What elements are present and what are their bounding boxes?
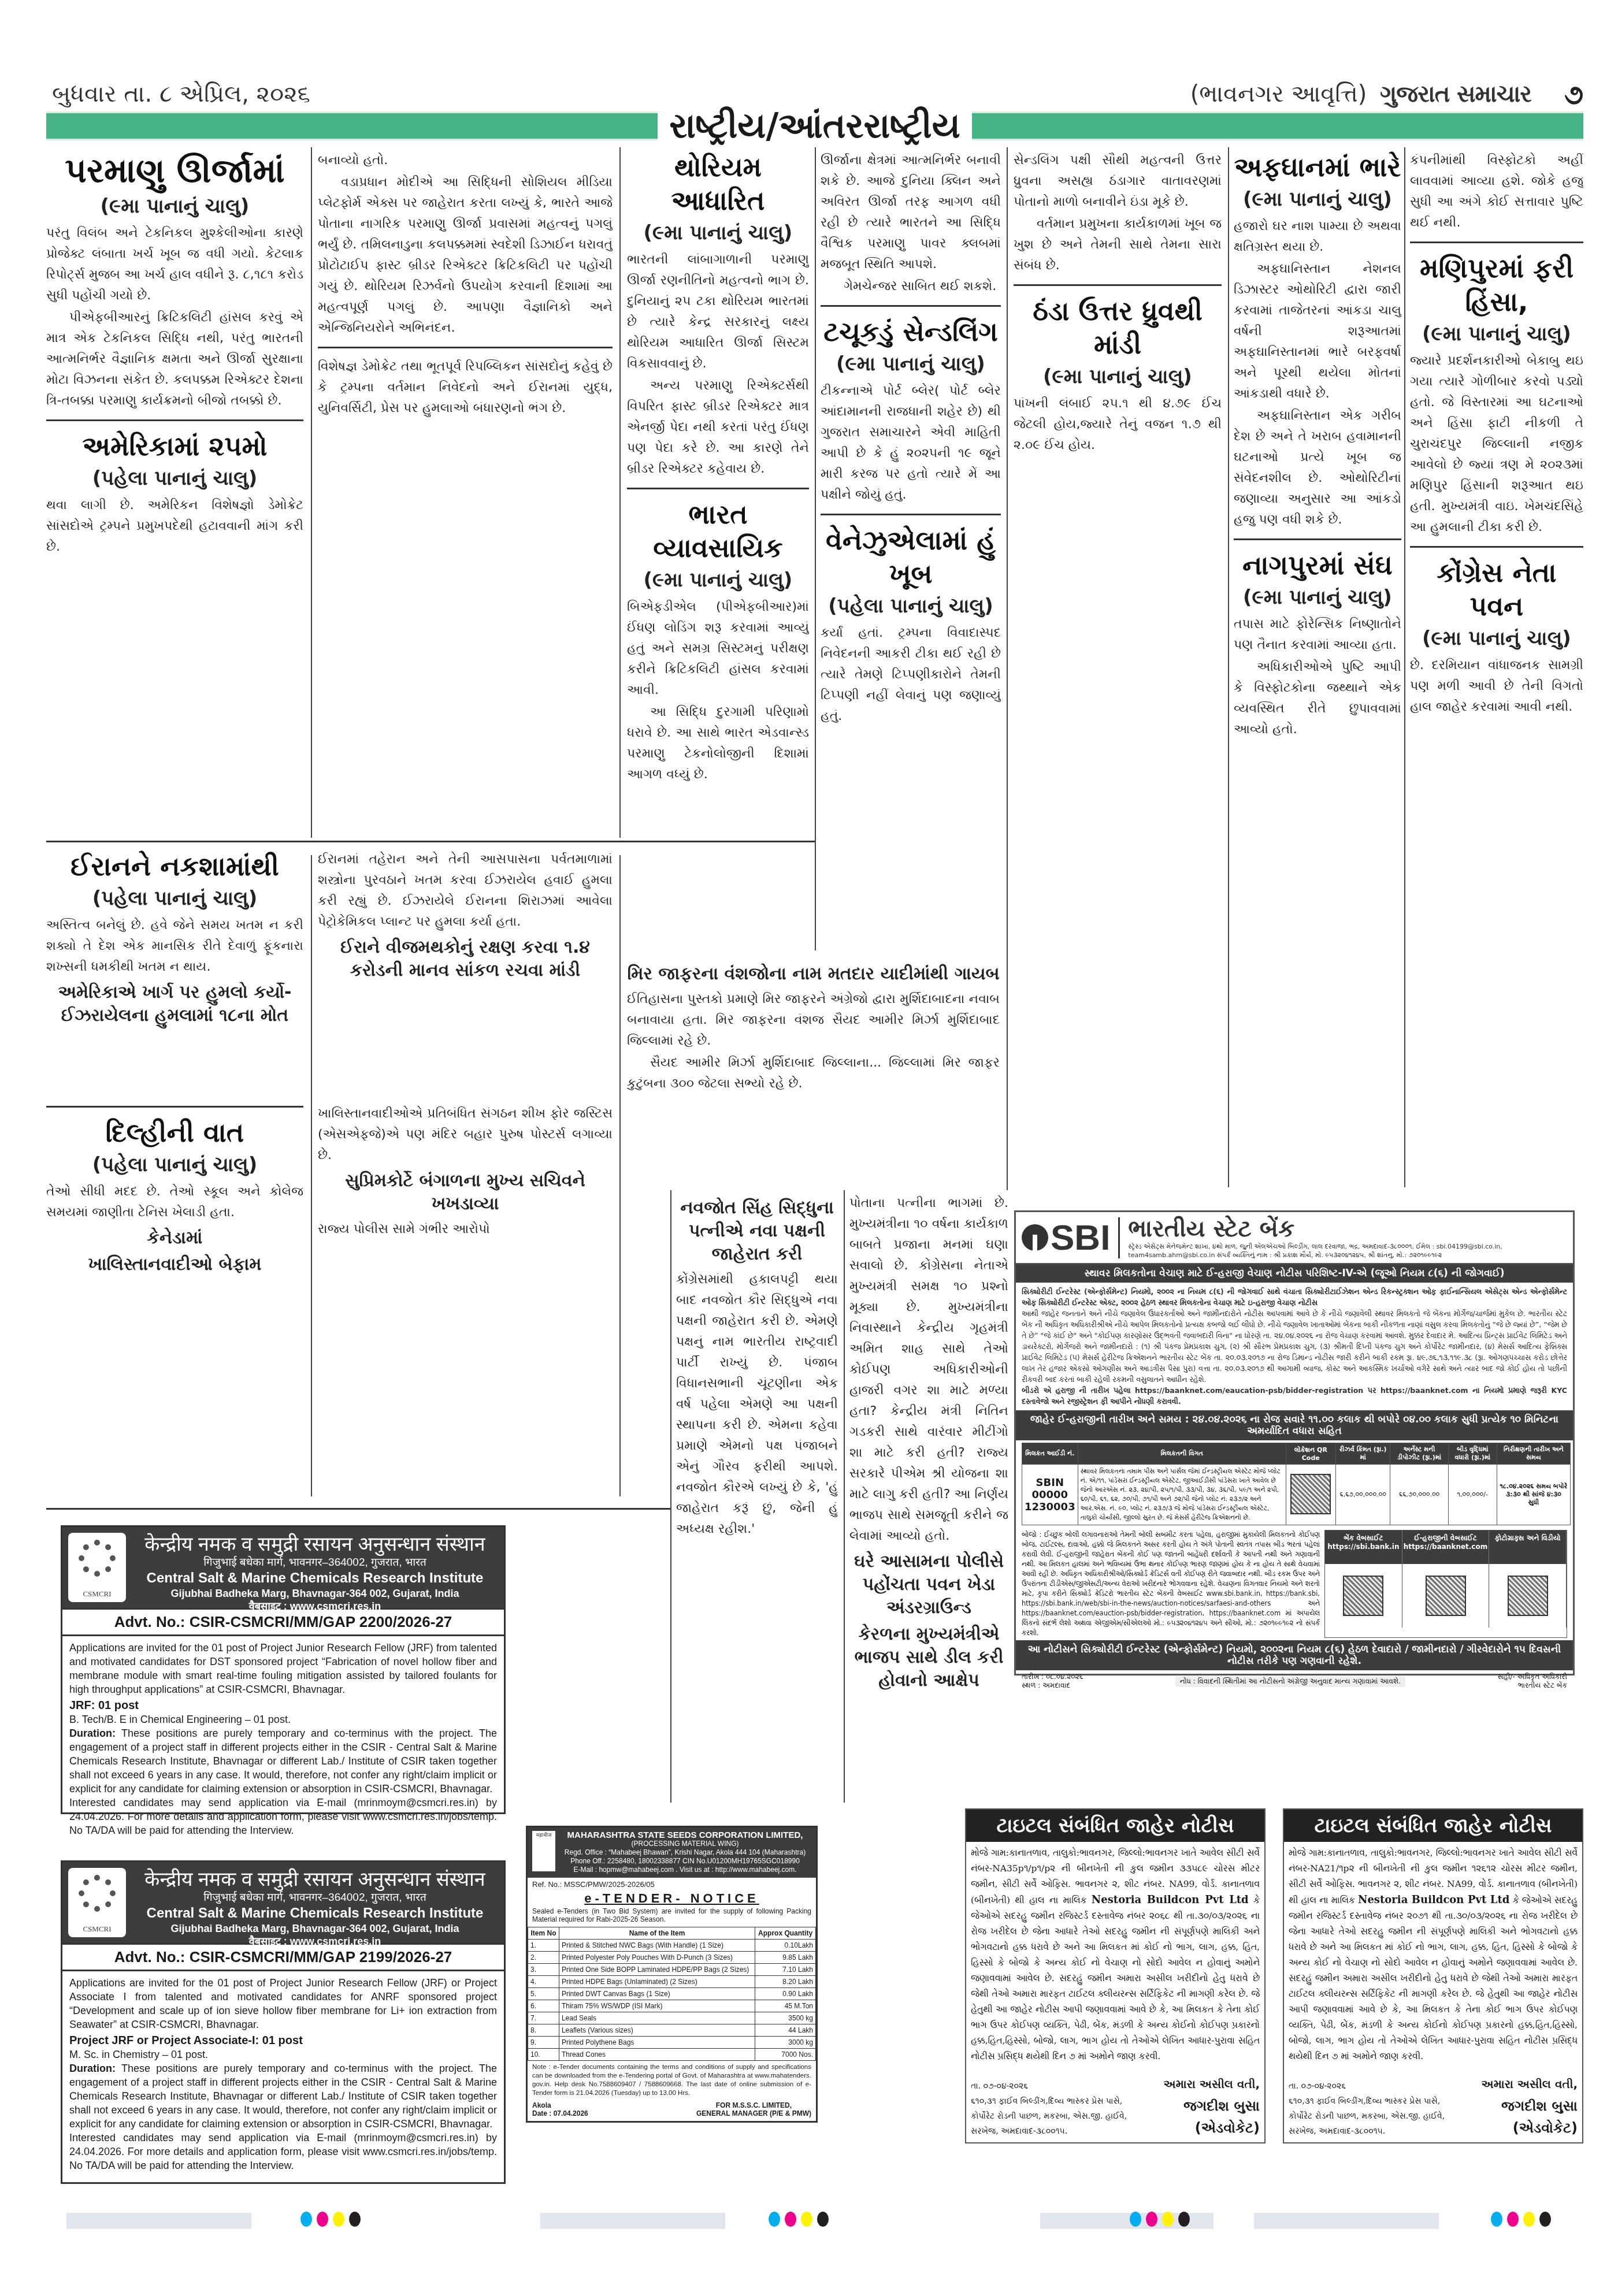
- article-tachukdu: ઊર્જાના ક્ષેત્રમાં આત્મનિર્ભર બનાવી શકે …: [821, 150, 1001, 948]
- yellow-dot-icon: [1523, 2212, 1535, 2227]
- tint-strip: [540, 2213, 725, 2229]
- table-row: 8.Leaflets (Various sizes)44 Lakh: [528, 2024, 816, 2037]
- intro: Applications are invited for the 01 post…: [69, 1976, 497, 2031]
- continued-label: (પહેલા પાનાનું ચાલુ): [46, 885, 303, 912]
- sbi-footer: તારીખ : ૦૮.૦૪.૨૦૨૬સ્થળ : અમદાવાદ નોંધ : …: [1016, 1670, 1573, 1692]
- org-name: MAHARASHTRA STATE SEEDS CORPORATION LIMI…: [559, 1831, 811, 1840]
- email: E-Mail : hopmw@mahabeej.com . Visit us a…: [559, 1866, 811, 1874]
- rule: [1410, 242, 1583, 243]
- article-kerala: પોતાના પત્નીના ભાગમાં છે. મુખ્યમંત્રીના …: [849, 1193, 1008, 1805]
- paragraph: પાંખની લંબાઈ ૨૫.૧ થી ૪.૭૯ ઈંચ જેટલી હોય,…: [1014, 393, 1222, 456]
- signature-block: Akola Date : 07.04.2026 FOR M.S.S.C. LIM…: [528, 2100, 816, 2121]
- rule: [46, 419, 303, 421]
- place-date: Akola Date : 07.04.2026: [532, 2101, 588, 2117]
- article-navjot: નવજોત સિંહ સિદ્ધુના પત્નીએ નવા પક્ષની જા…: [676, 1193, 838, 1805]
- title-notice-1: ટાઇટલ સંબંધિત જાહેર નોટીસ મોજે ગામ:કાનાત…: [965, 1808, 1266, 2143]
- advocate-name: જગદીશ બુસા: [1164, 2095, 1260, 2117]
- location-qr[interactable]: [1286, 1465, 1335, 1525]
- registration-marks: [1130, 2212, 1190, 2227]
- website: वैबसाइट : www.csmcri.res.in: [132, 1600, 498, 1613]
- notice-heading: ટાઇટલ સંબંધિત જાહેર નોટીસ: [1284, 1810, 1582, 1842]
- qualification: M. Sc. in Chemistry – 01 post.: [69, 2048, 497, 2061]
- col-header: રીઝર્વ કિંમત (રૂા.) માં: [1335, 1443, 1390, 1465]
- column-rule: [619, 855, 621, 1496]
- website: वैबसाइट : www.csmcri.res.in: [132, 1935, 498, 1948]
- notice-body: મોજે ગામ:કાનાતળાવ, તાલુકો:ભાવનગર, જિલ્લો…: [1284, 1842, 1582, 2068]
- section-title: રાષ્ટ્રીય/આંતરરાષ્ટ્રીય: [658, 106, 972, 146]
- section-bar-right: [972, 112, 1583, 140]
- sign-line-2: GENERAL MANAGER (P/E & PMW): [696, 2109, 811, 2117]
- continued-label: (૯મા પાનાનું ચાલુ): [1234, 186, 1401, 213]
- duration-label: Duration:: [69, 1727, 116, 1739]
- paragraph: હજારો ઘર નાશ પામ્યા છે અથવા ક્ષતિગ્રસ્ત …: [1234, 216, 1401, 258]
- notice-title-band: સ્થાવર મિલકતોના વેચાણ માટે ઈ-હરાજી વેચાણ…: [1016, 1264, 1573, 1283]
- sbi-logo: SBI: [1022, 1217, 1120, 1258]
- table-row: 7.Lead Seals3500 kg: [528, 2012, 816, 2024]
- table-row: 4.Printed HDPE Bags (Unlaminated) (2 Siz…: [528, 1976, 816, 1988]
- continued-label: (૯મા પાનાનું ચાલુ): [46, 193, 303, 220]
- qualification: B. Tech/B. E in Chemical Engineering – 0…: [69, 1712, 497, 1726]
- continued-label: (પહેલા પાનાનું ચાલુ): [46, 465, 303, 492]
- notice-footer: તા. ૦૭-૦૪-૨૦૨૬ ૬૧૦,૩૧ ફાઈવ બિલ્ડીંગ,દિવ્…: [1289, 2079, 1578, 2139]
- paragraph: ઈરાનમાં તહેરાન અને તેની આસપાસના પર્વતમાળ…: [318, 849, 613, 932]
- ad-header: CSMCRI केन्द्रीय नमक व समुद्री रसायन अनु…: [62, 1862, 504, 1943]
- table-row: 1.Printed & Stitched NWC Bags (With Hand…: [528, 1940, 816, 1952]
- table-row: 2.Printed Polyester Poly Pouches With D-…: [528, 1952, 816, 1964]
- paragraph: ભારતની લાંબાગાળાની પરમાણુ ઊર્જા રણનીતિનો…: [627, 250, 809, 374]
- auction-date-band: જાહેર ઈ-હરાજીની તારીખ અને સમય : ૨૪.૦૪.૨૦…: [1016, 1410, 1573, 1440]
- rule: [627, 488, 809, 489]
- paragraph: કંપનીમાંથી વિસ્ફોટકો અહીં લાવવામાં આવ્યા…: [1410, 150, 1583, 233]
- registration-marks: [769, 2212, 829, 2227]
- items-table: Item No Name of the Item Approx Quantity…: [528, 1927, 816, 2061]
- col-header: અર્નેસ્ટ મની ડીપોઝીટ (રૂા.)માં: [1390, 1443, 1448, 1465]
- col-header: નિરીક્ષણની તારીખ અને સમય: [1497, 1443, 1570, 1465]
- org-hindi: केन्द्रीय नमक व समुद्री रसायन अनुसन्धान …: [132, 1868, 498, 1891]
- notice-heading: ટાઇટલ સંબંધિત જાહેર નોટીસ: [966, 1810, 1264, 1842]
- sbi-keyhole-icon: [1022, 1224, 1048, 1251]
- bid-increment: ૧,૦૦,૦૦૦/-: [1448, 1465, 1497, 1525]
- qr-code-icon[interactable]: [1343, 1576, 1383, 1616]
- cyan-dot-icon: [1491, 2212, 1502, 2227]
- section-bar-left: [46, 112, 658, 140]
- signature-org: ભારતીય સ્ટેટ બેંક: [1498, 1681, 1567, 1690]
- headline: અફઘાનમાં ભારે: [1234, 150, 1401, 184]
- sign-line-1: FOR M.S.S.C. LIMITED,: [696, 2101, 811, 2109]
- table-row: SBIN 00000 1230003 સ્થાવર મિલકતના તમામ પ…: [1022, 1465, 1571, 1525]
- rule: [821, 305, 1001, 307]
- black-dot-icon: [349, 2212, 361, 2227]
- headline: ઠંડા ઉત્તર ધ્રુવથી માંડી: [1014, 294, 1222, 361]
- paper-name: ગુજરાત સમાચાર: [1380, 81, 1531, 107]
- post-count: Project JRF or Project Associate-I: 01 p…: [69, 2034, 497, 2048]
- bank-address: સ્ટ્રેસ્ડ એસેટ્સ મેનેજમેન્ટ શાખા, ૪થો મા…: [1128, 1242, 1567, 1260]
- col-header: Name of the Item: [559, 1927, 755, 1940]
- intro-bold: સિક્યોરીટી ઈન્ટરેસ્ટ (એન્ફોર્સમેન્ટ) નિય…: [1022, 1287, 1567, 1307]
- col-header: લોકેશન QR Code: [1286, 1443, 1335, 1465]
- subheadline: નવજોત સિંહ સિદ્ધુના પત્નીએ નવા પક્ષની જા…: [676, 1197, 838, 1266]
- advocate-address: ૬૧૦,૩૧ ફાઈવ બિલ્ડીંગ,દિવ્ય ભાસ્કર પ્રેસ …: [971, 2094, 1144, 2139]
- paragraph: બિએફડીએલ (પીએફબીઆર)માં ઈંધણ લોડિંગ શરૂ ક…: [627, 597, 809, 701]
- paragraph: ખાલિસ્તાનવાદીઓએ પ્રતિબંધિત સંગઠન શીખ ફોર…: [318, 1104, 613, 1166]
- headline: વેનેઝુએલામાં હું ખૂબ: [821, 523, 1001, 590]
- bank-name: ભારતીય સ્ટેટ બેંક: [1128, 1216, 1567, 1242]
- subheadline: કેરળના મુખ્યમંત્રીએ ભાજપ સાથે ડીલ કરી હો…: [849, 1623, 1008, 1692]
- paragraph: વિશેષજ્ઞ ડેમોક્રેટ તથા ભૂતપૂર્વ રિપબ્લિક…: [318, 356, 613, 419]
- wing: (PROCESSING MATERIAL WING): [559, 1840, 811, 1848]
- apply-text: Interested candidates may send applicati…: [69, 2131, 497, 2172]
- ref-number: Ref. No.: MSSC/PMW/2025-2026/05: [528, 1878, 816, 1891]
- column-rule: [311, 147, 312, 838]
- paragraph: છે. દરમિયાન વાંધાજનક સામગ્રી પણ મળી આવી …: [1410, 655, 1583, 718]
- property-desc: સ્થાવર મિલકતના તમામ પીસ અને પાર્સલ જેમાં…: [1078, 1465, 1286, 1525]
- column-rule: [1228, 147, 1229, 1187]
- paragraph: કોંગ્રેસમાંથી હકાલપટ્ટી થયા બાદ નવજોત કૌ…: [676, 1269, 838, 1540]
- rule: [821, 514, 1001, 515]
- col-header: Approx Quantity: [755, 1927, 816, 1940]
- paragraph: જ્યારે પ્રદર્શનકારીઓ બેકાબુ થઇ ગયા ત્યાર…: [1410, 351, 1583, 538]
- paragraph: અધિકારીઓએ પુષ્ટિ આપી કે વિસ્ફોટકોના જથ્થ…: [1234, 657, 1401, 740]
- ad-header: CSMCRI केन्द्रीय नमक व समुद्री रसायन अनु…: [62, 1527, 504, 1608]
- paragraph: થવા લાગી છે. અમેરિકન વિશેષજ્ઞો ડેમોક્રેટ…: [46, 495, 303, 558]
- table-row: 3.Printed One Side BOPP Laminated HDPE/P…: [528, 1964, 816, 1976]
- paragraph: ટીકન્નાએ પોર્ટ બ્લેર( પોર્ટ બ્લેર આંદામા…: [821, 381, 1001, 506]
- article-dilhi: દિલ્હીની વાત (પહેલા પાનાનું ચાલુ) તેઓ સી…: [46, 1098, 303, 1496]
- headline: અમેરિકામાં ૨૫મો: [46, 429, 303, 463]
- continued-label: (૯મા પાનાનું ચાલુ): [1410, 625, 1583, 652]
- gear-icon: [79, 1875, 116, 1912]
- col-header: Item No: [528, 1927, 559, 1940]
- apply-text: Interested candidates may send applicati…: [69, 1796, 497, 1837]
- headline: થોરિયમ આધારિત: [627, 150, 809, 217]
- cyan-dot-icon: [769, 2212, 780, 2227]
- link-bank-website[interactable]: બેંક વેબસાઈટhttps://sbi.bank.in: [1325, 1530, 1402, 1564]
- rule: [318, 347, 613, 348]
- phone: Phone Off.: 2258480, 18002338877 CIN No.…: [559, 1857, 811, 1866]
- continued-label: (૯મા પાનાનું ચાલુ): [627, 567, 809, 593]
- gear-icon: [79, 1540, 116, 1577]
- headline: ભારત વ્યાવસાયિક: [627, 497, 809, 564]
- duration-text: These positions are purely temporary and…: [69, 2063, 497, 2130]
- link-eauction-website[interactable]: ઈ-હરાજીની વેબસાઈટhttps://baanknet.com: [1402, 1530, 1489, 1564]
- addr-hindi: गिजुभाई बधेका मार्ग, भावनगर–364002, गुजर…: [132, 1891, 498, 1905]
- notice-footer: તા. ૦૭-૦૪-૨૦૨૬ ૬૧૦,૩૧ ફાઈવ બિલ્ડીંગ,દિવ્…: [971, 2079, 1260, 2139]
- continued-label: (પહેલા પાનાનું ચાલુ): [46, 1151, 303, 1178]
- duration-label: Duration:: [69, 2063, 116, 2074]
- bidder-text: બીડરો એ હરાજી ની તારીખ પહેલા https://baa…: [1022, 1386, 1567, 1406]
- paragraph: ગેમચેન્જર સાબિત થઈ શકશે.: [821, 276, 1001, 297]
- notice-place: સ્થળ : અમદાવાદ: [1022, 1681, 1083, 1690]
- table-row: 9.Printed Polythene Bags3000 kg: [528, 2037, 816, 2049]
- paragraph: અફઘાનિસ્તાન નેશનલ ડિઝાસ્ટર ઓથોરિટી દ્વાર…: [1234, 259, 1401, 404]
- tint-strip: [66, 2213, 251, 2229]
- links-grid: બેંક વેબસાઈટhttps://sbi.bank.in ઈ-હરાજીન…: [1324, 1530, 1567, 1638]
- owner-name: Nestoria Buildcon Pvt Ltd: [1092, 1894, 1249, 1906]
- qr-code-icon[interactable]: [1290, 1474, 1331, 1514]
- column-rule: [815, 147, 816, 950]
- yellow-dot-icon: [801, 2212, 812, 2227]
- yellow-dot-icon: [1162, 2212, 1174, 2227]
- column-rule: [311, 855, 312, 1496]
- tint-strip: [1254, 2213, 1439, 2229]
- col-header: મિલકત આઈડી નં.: [1022, 1443, 1078, 1465]
- paragraph: કર્યાં હતાં. ટ્રમ્પના વિવાદાસ્પદ નિવેદનન…: [821, 623, 1001, 727]
- post-count: JRF: 01 post: [69, 1699, 497, 1712]
- org-hindi: केन्द्रीय नमक व समुद्री रसायन अनुसन्धान …: [132, 1533, 498, 1556]
- cyan-dot-icon: [300, 2212, 312, 2227]
- sbi-lower: બોજો : ઈચ્છુક બોલી લગાવનારાઓ તેમની બોલી …: [1016, 1528, 1573, 1640]
- subheadline: મિર જાફરના વંશજોના નામ મતદાર યાદીમાંથી ગ…: [627, 963, 1000, 986]
- paragraph: સેન્ડલિંગ પક્ષી સૌથી મહત્વની ઉત્તર ધ્રુવ…: [1014, 150, 1222, 213]
- headline: કોંગ્રેસ નેતા પવન: [1410, 556, 1583, 623]
- headline: નાગપુરમાં સંઘ: [1234, 548, 1401, 582]
- headline: મણિપુરમાં ફરી હિંસા,: [1410, 251, 1583, 318]
- paragraph: સૈયદ આમીર મિર્ઝા મુર્શિદાબાદ જિલ્લાના...…: [627, 1053, 1000, 1094]
- continued-label: (૯મા પાનાનું ચાલુ): [821, 351, 1001, 377]
- tender-note: Note : e-Tender documents containing the…: [528, 2061, 816, 2100]
- continued-label: (૯મા પાનાનું ચાલુ): [1234, 584, 1401, 611]
- emd: ૬૬,૭૦,૦૦૦.૦૦: [1390, 1465, 1448, 1525]
- magenta-dot-icon: [1507, 2212, 1519, 2227]
- paragraph: અસ્તિત્વ બનેલું છે. હવે જેને સમય ખતમ ન ક…: [46, 915, 303, 978]
- paragraph: પરંતુ વિલંબ અને ટેકનિકલ મુશ્કેલીઓના કારણ…: [46, 223, 303, 306]
- section-bar: રાષ્ટ્રીય/આંતરરાષ્ટ્રીય: [46, 110, 1583, 142]
- ad-header: महाबीज MAHARASHTRA STATE SEEDS CORPORATI…: [528, 1827, 816, 1878]
- owner-name: Nestoria Buildcon Pvt Ltd: [1358, 1894, 1509, 1906]
- reserve-price: ૬,૬૭,૦૦,૦૦૦.૦૦: [1335, 1465, 1390, 1525]
- ad-mssc-tender: महाबीज MAHARASHTRA STATE SEEDS CORPORATI…: [526, 1826, 818, 2123]
- paragraph: પીએફબીઆરનું ક્રિટિકલિટી હાંસલ કરવું એ મા…: [46, 307, 303, 411]
- continued-label: (પહેલા પાનાનું ચાલુ): [821, 593, 1001, 619]
- paragraph: આ સિદ્ધિ દુરગામી પરિણામો ધરાવે છે. આ સાથ…: [627, 702, 809, 785]
- property-table: મિલકત આઈડી નં. મિલકતની વિગત લોકેશન QR Co…: [1022, 1443, 1571, 1525]
- subheadline: અમેરિકાએ ખાર્ગ પર હુમલો કર્યો- ઈઝરાયેલના…: [46, 981, 303, 1027]
- registration-marks: [300, 2212, 361, 2227]
- section-divider: [46, 1508, 670, 1510]
- paragraph: બનાવ્યો હતો.: [318, 150, 613, 171]
- paragraph: તેઓ સીધી મદદ છે. તેઓ સ્કૂલ અને કોલેજ સમય…: [46, 1182, 303, 1223]
- paragraph: વર્તમાન પ્રમુખના કાર્યકાળમાં ખૂબ જ ખુશ છ…: [1014, 214, 1222, 276]
- masthead: બુધવાર તા. ૮ એપ્રિલ, ૨૦૨૬ (ભાવનગર આવૃત્ત…: [46, 81, 1583, 144]
- paragraph: પોતાના પત્નીના ભાગમાં છે. મુખ્યમંત્રીના …: [849, 1193, 1008, 1547]
- signature: સહી/- અધિકૃત અધિકારી: [1498, 1673, 1567, 1681]
- registration-marks: [1491, 2212, 1551, 2227]
- advocate-name: જગદીશ બુસા: [1482, 2095, 1578, 2117]
- black-dot-icon: [1539, 2212, 1551, 2227]
- subheadline: સુપ્રિમકોર્ટે બંગાળના મુખ્ય સચિવને ખખડાવ…: [318, 1169, 613, 1216]
- footer-band: આ નોટીસને સિક્યોરીટી ઈન્ટરેસ્ટ (એન્ફોર્સ…: [1016, 1640, 1573, 1670]
- table-row: 10.Thread Cones7000 Nos.: [528, 2049, 816, 2061]
- article-iran: ઈરાનને નકશામાંથી (પહેલા પાનાનું ચાલુ) અસ…: [46, 849, 303, 1092]
- advocate-title: (એડવોકેટ): [1482, 2117, 1578, 2139]
- column-rule: [1007, 855, 1008, 1190]
- paragraph: અફઘાનિસ્તાન એક ગરીબ દેશ છે અને તે ખરાબ હ…: [1234, 406, 1401, 530]
- encumbrance-text: બોજો : ઈચ્છુક બોલી લગાવનારાઓ તેમની બોલી …: [1022, 1530, 1320, 1638]
- sender: અમારા અસીલ વતી,: [1164, 2073, 1260, 2095]
- ad-body: Applications are invited for the 01 post…: [62, 1971, 504, 2177]
- paragraph: રાજ્ય પોલીસ સામે ગંભીર આરોપો: [318, 1219, 613, 1240]
- addr-hindi: गिजुभाई बधेका मार्ग, भावनगर–364002, गुजर…: [132, 1556, 498, 1570]
- rule: [46, 1106, 303, 1108]
- column-rule: [1404, 147, 1405, 1187]
- edition-label: (ભાવનગર આવૃત્તિ) ગુજરાત સમાચાર: [1190, 81, 1531, 107]
- subheadline: કેનેડામાં: [46, 1227, 303, 1250]
- article-thorium: થોરિયમ આધારિત (૯મા પાનાનું ચાલુ) ભારતની …: [627, 150, 809, 948]
- article-supreme-court: ખાલિસ્તાનવાદીઓએ પ્રતિબંધિત સંગઠન શીખ ફોર…: [318, 1104, 613, 1496]
- intro: Sealed e-Tenders (in Two Bid System) are…: [528, 1906, 816, 1927]
- black-dot-icon: [1178, 2212, 1190, 2227]
- sender: અમારા અસીલ વતી,: [1482, 2073, 1578, 2095]
- translation-note: નોંધ : વિવાદની સ્થિતીમાં આ નોટીસનો અંગ્ર…: [1175, 1676, 1405, 1687]
- page-number: ૭: [1564, 79, 1583, 112]
- column-rule: [844, 1190, 845, 1803]
- ad-csir-1: CSMCRI केन्द्रीय नमक व समुद्री रसायन अनु…: [61, 1525, 506, 1814]
- advocate-title: (એડવોકેટ): [1164, 2117, 1260, 2139]
- property-id: SBIN 00000 1230003: [1022, 1465, 1078, 1525]
- magenta-dot-icon: [1146, 2212, 1157, 2227]
- inspection-date: ૧૮.૦૪.૨૦૨૬ સમય બપોરે ૩:૩૦ થી સાંજે ૪:૩૦ …: [1497, 1465, 1570, 1525]
- notice-date: તારીખ : ૦૮.૦૪.૨૦૨૬: [1022, 1673, 1083, 1681]
- article-manipur: કંપનીમાંથી વિસ્ફોટકો અહીં લાવવામાં આવ્યા…: [1410, 150, 1583, 1184]
- sbi-header: SBI ભારતીય સ્ટેટ બેંક સ્ટ્રેસ્ડ એસેટ્સ મ…: [1016, 1212, 1573, 1264]
- paragraph: તપાસ માટે ફોરેન્સિક નિષ્ણાતોને પણ તૈનાત …: [1234, 614, 1401, 656]
- column-rule: [619, 147, 621, 838]
- cyan-dot-icon: [1130, 2212, 1141, 2227]
- col-header: બીડ વૃદ્ધિમાં વધારો (રૂા.)માં: [1448, 1443, 1497, 1465]
- duration-text: These positions are purely temporary and…: [69, 1727, 497, 1795]
- tender-title: e-TENDER- NOTICE: [528, 1891, 816, 1906]
- csmcri-logo: CSMCRI: [68, 1868, 126, 1937]
- ad-sbi-auction: SBI ભારતીય સ્ટેટ બેંક સ્ટ્રેસ્ડ એસેટ્સ મ…: [1014, 1210, 1575, 1675]
- headline: પરમાણુ ઊર્જામાં: [46, 150, 303, 191]
- rule: [1014, 284, 1222, 286]
- table-row: 6.Thiram 75% WS/WDP (ISI Mark)45 M.Ton: [528, 2000, 816, 2012]
- article-thandi: સેન્ડલિંગ પક્ષી સૌથી મહત્વની ઉત્તર ધ્રુવ…: [1014, 150, 1222, 1184]
- article-parmanu: પરમાણુ ઊર્જામાં (૯મા પાનાનું ચાલુ) પરંતુ…: [46, 150, 303, 838]
- continued-label: (૯મા પાનાનું ચાલુ): [1410, 321, 1583, 347]
- rule: [1234, 538, 1401, 540]
- paragraph: ઈતિહાસના પુસ્તકો પ્રમાણે મિર જાફરને અંગ્…: [627, 989, 1000, 1052]
- yellow-dot-icon: [333, 2212, 344, 2227]
- issue-date: બુધવાર તા. ૮ એપ્રિલ, ૨૦૨૬: [52, 81, 310, 107]
- mahabeej-logo: महाबीज: [532, 1831, 555, 1871]
- intro: Applications are invited for the 01 post…: [69, 1641, 497, 1696]
- edition-name: (ભાવનગર આવૃત્તિ): [1190, 81, 1367, 107]
- subheadline: ઘરે આસામના પોલીસે પહોંચતા પવન ખેડા અંડરગ…: [849, 1550, 1008, 1619]
- qr-code-icon[interactable]: [1426, 1576, 1466, 1616]
- ad-csir-2: CSMCRI केन्द्रीय नमक व समुद्री रसायन अनु…: [61, 1860, 506, 2184]
- notice-body: મોજે ગામ:કાનાતળાવ, તાલુકો:ભાવનગર, જિલ્લો…: [966, 1842, 1264, 2068]
- black-dot-icon: [817, 2212, 829, 2227]
- ad-body: Applications are invited for the 01 post…: [62, 1636, 504, 1842]
- paragraph: વડાપ્રધાન મોદીએ આ સિદ્ધિની સોશિયલ મીડિયા…: [318, 172, 613, 339]
- continued-label: (૯મા પાનાનું ચાલુ): [1014, 363, 1222, 390]
- org-english: Central Salt & Marine Chemicals Research…: [132, 1570, 498, 1587]
- notice-body: સિક્યોરીટી ઈન્ટરેસ્ટ (એન્ફોર્સમેન્ટ) નિય…: [1016, 1283, 1573, 1410]
- advocate-address: ૬૧૦,૩૧ ફાઈવ બિલ્ડીંગ,દિવ્ય ભાસ્કર પ્રેસ …: [1289, 2094, 1462, 2139]
- addr-english: Gijubhai Badheka Marg, Bhavnagar-364 002…: [132, 1587, 498, 1600]
- paragraph: ઊર્જાના ક્ષેત્રમાં આત્મનિર્ભર બનાવી શકે …: [821, 150, 1001, 275]
- table-row: 5.Printed DWT Canvas Bags (1 Size)0.90 L…: [528, 1988, 816, 2000]
- magenta-dot-icon: [785, 2212, 796, 2227]
- org-english: Central Salt & Marine Chemicals Research…: [132, 1905, 498, 1922]
- article-parmanu-cont: બનાવ્યો હતો. વડાપ્રધાન મોદીએ આ સિદ્ધિની …: [318, 150, 613, 838]
- article-iran-cont: ઈરાનમાં તહેરાન અને તેની આસપાસના પર્વતમાળ…: [318, 849, 613, 1092]
- subheadline: ખાલિસ્તાનવાદીઓ બેફામ: [46, 1253, 303, 1276]
- continued-label: (૯મા પાનાનું ચાલુ): [627, 220, 809, 246]
- body-text: આથી જાહેર જનતાને અને નીચે જણાવેલ ઉધારકર્…: [1022, 1308, 1567, 1385]
- subheadline: ઈરાને વીજમથકોનું રક્ષણ કરવા ૧.૪ કરોડની મ…: [318, 936, 613, 982]
- regd-office: Regd. Office : “Mahabeej Bhawan”, Krishi…: [559, 1848, 811, 1857]
- link-photos-videos[interactable]: ફોટોગ્રાફ્સ અને વિડીયો: [1489, 1530, 1567, 1564]
- headline: ઈરાનને નકશામાંથી: [46, 849, 303, 883]
- qr-code-icon[interactable]: [1508, 1576, 1548, 1616]
- title-notice-2: ટાઇટલ સંબંધિત જાહેર નોટીસ મોજે ગામ:કાનાત…: [1283, 1808, 1583, 2143]
- addr-english: Gijubhai Badheka Marg, Bhavnagar-364 002…: [132, 1922, 498, 1935]
- rule: [1410, 546, 1583, 548]
- magenta-dot-icon: [317, 2212, 328, 2227]
- article-afghanistan: અફઘાનમાં ભારે (૯મા પાનાનું ચાલુ) હજારો ઘ…: [1234, 150, 1401, 1184]
- col-header: મિલકતની વિગત: [1078, 1443, 1286, 1465]
- csmcri-logo: CSMCRI: [68, 1533, 126, 1602]
- headline: દિલ્હીની વાત: [46, 1116, 303, 1149]
- paragraph: અન્ય પરમાણુ રિએક્ટર્સથી વિપરિત ફાસ્ટ બ્ર…: [627, 376, 809, 480]
- headline: ટચૂકડું સેન્ડલિંગ: [821, 315, 1001, 348]
